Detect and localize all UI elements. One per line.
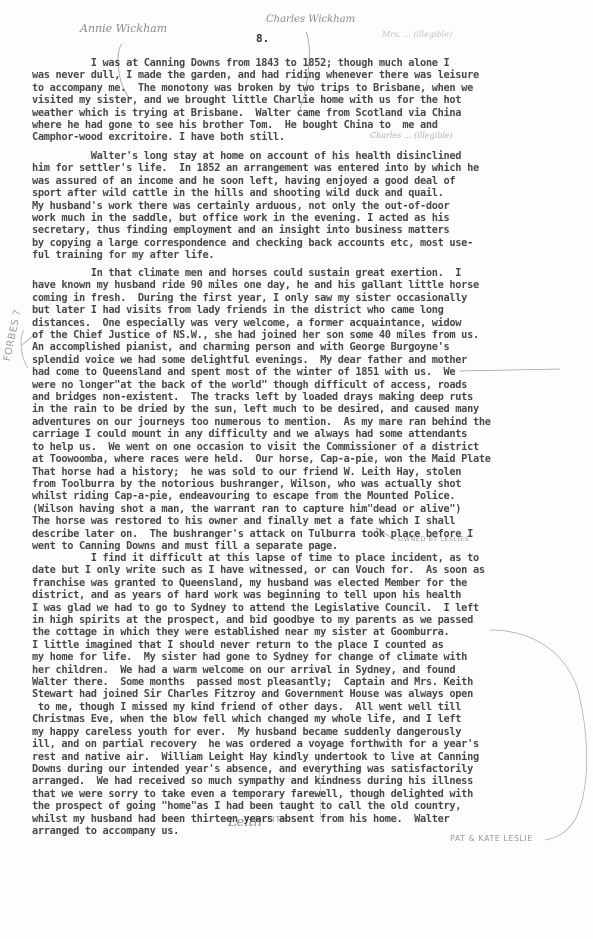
text-line: the prospect of going "home"as I had bee… <box>32 800 485 812</box>
text-line: rest and native air. William Leight Hay … <box>32 751 485 763</box>
text-line: in high spirits at the prospect, and bid… <box>32 614 485 626</box>
text-line: work much in the saddle, but office work… <box>32 212 479 224</box>
text-line: my home for life. My sister had gone to … <box>32 651 485 663</box>
text-line: arranged to accompany us. <box>32 825 485 837</box>
text-line: by copying a large correspondence and ch… <box>32 237 479 249</box>
text-line: Stewart had joined Sir Charles Fitzroy a… <box>32 688 485 700</box>
text-line: of the Chief Justice of NS.W., she had j… <box>32 329 491 341</box>
text-line: at Toowoomba, where races were held. Our… <box>32 453 491 465</box>
text-line: and bridges non-existent. The tracks lef… <box>32 391 491 403</box>
text-line: coming in fresh. During the first year, … <box>32 292 491 304</box>
annotation-top-right: Mrs. ... (illegible) <box>382 30 452 39</box>
text-line: ill, and on partial recovery he was orde… <box>32 738 485 750</box>
text-line: whilst my husband had been thirteen year… <box>32 813 485 825</box>
text-line: carriage I could mount in any difficulty… <box>32 428 491 440</box>
text-line: had come to Queensland and spent most of… <box>32 366 491 378</box>
page-number: 8. <box>256 32 269 45</box>
text-line: franchise was granted to Queensland, my … <box>32 577 485 589</box>
paragraph-1: I was at Canning Downs from 1843 to 1852… <box>32 57 479 144</box>
text-line: to accompany me. The monotony was broken… <box>32 82 479 94</box>
text-line: in the rain to be dried by the sun, left… <box>32 403 491 415</box>
text-line: but later I had visits from lady friends… <box>32 304 491 316</box>
text-line: That horse had a history; he was sold to… <box>32 466 491 478</box>
text-line: My husband's work there was certainly ar… <box>32 200 479 212</box>
text-line: Christmas Eve, when the blow fell which … <box>32 713 485 725</box>
text-line: adventures on our journeys too numerous … <box>32 416 491 428</box>
text-line: I was at Canning Downs from 1843 to 1852… <box>32 57 479 69</box>
text-line: arranged. We had received so much sympat… <box>32 775 485 787</box>
text-line: distances. One especially was very welco… <box>32 317 491 329</box>
text-line: Downs during our intended year's absence… <box>32 763 485 775</box>
text-line: An accomplished pianist, and charming pe… <box>32 341 491 353</box>
text-line: my happy careless youth for ever. My hus… <box>32 726 485 738</box>
text-line: whilst riding Cap-a-pie, endeavouring to… <box>32 490 491 502</box>
text-line: went to Canning Downs and must fill a se… <box>32 540 491 552</box>
text-line: visited my sister, and we brought little… <box>32 94 479 106</box>
text-line: to me, though I missed my kind friend of… <box>32 701 485 713</box>
text-line: date but I only write such as I have wit… <box>32 564 485 576</box>
text-line: was never dull, I made the garden, and h… <box>32 69 479 81</box>
document-page: Annie Wickham Charles Wickham Mrs. ... (… <box>0 0 593 939</box>
paragraph-3: In that climate men and horses could sus… <box>32 267 491 552</box>
text-line: to help us. We went on one occasion to v… <box>32 441 491 453</box>
annotation-charles-wickham: Charles Wickham <box>266 14 355 25</box>
text-line: Walter there. Some months passed most pl… <box>32 676 485 688</box>
text-line: weather which is trying at Brisbane. Wal… <box>32 107 479 119</box>
text-line: him for settler's life. In 1852 an arran… <box>32 162 479 174</box>
text-line: were no longer"at the back of the world"… <box>32 379 491 391</box>
text-line: splendid voice we had some delightful ev… <box>32 354 491 366</box>
text-line: her children. We had a warm welcome on o… <box>32 664 485 676</box>
text-line: In that climate men and horses could sus… <box>32 267 491 279</box>
text-line: have known my husband ride 90 miles one … <box>32 279 491 291</box>
text-line: from Toolburra by the notorious bushrang… <box>32 478 491 490</box>
text-line: Camphor-wood excritoire. I have both sti… <box>32 131 479 143</box>
text-line: ful training for my after life. <box>32 249 479 261</box>
paragraph-2: Walter's long stay at home on account of… <box>32 150 479 262</box>
text-line: that we were sorry to take even a tempor… <box>32 788 485 800</box>
text-line: the cottage in which they were establish… <box>32 626 485 638</box>
text-line: secretary, thus finding employment and a… <box>32 224 479 236</box>
text-line: I find it difficult at this lapse of tim… <box>32 552 485 564</box>
text-line: was assured of an income and he soon lef… <box>32 175 479 187</box>
text-line: district, and as years of hard work was … <box>32 589 485 601</box>
text-line: describe later on. The bushranger's atta… <box>32 528 491 540</box>
text-line: where he had gone to see his brother Tom… <box>32 119 479 131</box>
annotation-forbes: FORBES ? <box>2 309 24 363</box>
text-line: I little imagined that I should never re… <box>32 639 485 651</box>
text-line: sport after wild cattle in the hills and… <box>32 187 479 199</box>
text-line: I was glad we had to go to Sydney to att… <box>32 602 485 614</box>
text-line: The horse was restored to his owner and … <box>32 515 491 527</box>
paragraph-4: I find it difficult at this lapse of tim… <box>32 552 485 837</box>
text-line: Walter's long stay at home on account of… <box>32 150 479 162</box>
text-line: (Wilson having shot a man, the warrant r… <box>32 503 491 515</box>
annotation-annie-wickham: Annie Wickham <box>80 22 167 35</box>
